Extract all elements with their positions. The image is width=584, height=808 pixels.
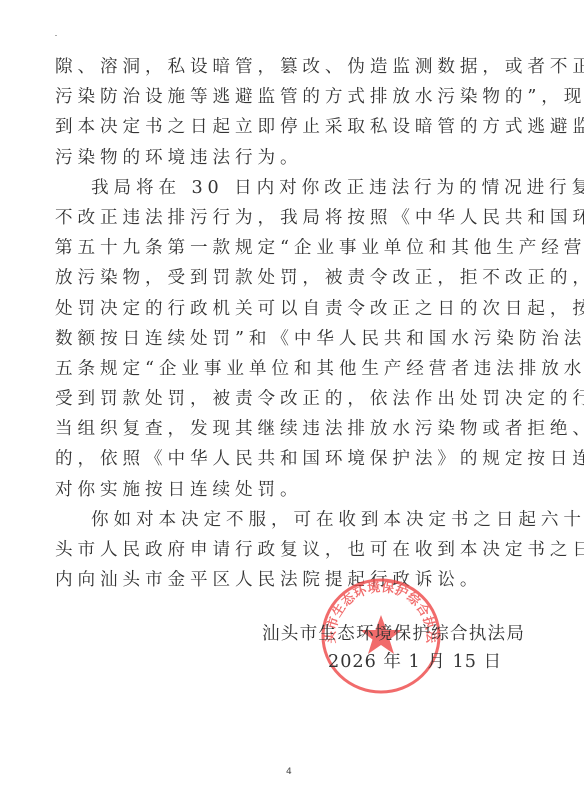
signing-organization: 汕头市生态环境保护综合执法局	[262, 620, 502, 648]
paragraph-start-line: 你如对本决定不服，可在收到本决定书之日起六十日内向汕	[55, 505, 513, 535]
text-line: 处罚决定的行政机关可以自责令改正之日的次日起，按照原处罚	[55, 294, 513, 324]
text-line: 受到罚款处罚，被责令改正的，依法作出处罚决定的行政机关应	[55, 384, 513, 414]
signing-date: 2026 年 1 月 15 日	[262, 648, 502, 676]
text-line: 污染防治设施等逃避监管的方式排放水污染物的”，现责令你接	[55, 82, 513, 112]
text-line: 五条规定“企业事业单位和其他生产经营者违法排放水污染物，	[55, 354, 513, 384]
text-line: 头市人民政府申请行政复议，也可在收到本决定书之日起六个月	[55, 535, 513, 565]
scan-speck	[55, 35, 57, 36]
text-line: 对你实施按日连续处罚。	[55, 475, 513, 505]
paragraph-start-line: 我局将在 30 日内对你改正违法行为的情况进行复查。如你拒	[55, 173, 513, 203]
text-line: 第五十九条第一款规定“企业事业单位和其他生产经营者违法排	[55, 233, 513, 263]
text-line: 隙、溶洞，私设暗管，篡改、伪造监测数据，或者不正常运行水	[55, 52, 513, 82]
page-number: 4	[286, 767, 292, 777]
text-line: 不改正违法排污行为，我局将按照《中华人民共和国环境保护法》	[55, 203, 513, 233]
text-line: 到本决定书之日起立即停止采取私设暗管的方式逃避监管排放水	[55, 112, 513, 142]
text-line: 放污染物，受到罚款处罚，被责令改正，拒不改正的，依法作出	[55, 263, 513, 293]
text-line: 的，依照《中华人民共和国环境保护法》的规定按日连续处罚”，	[55, 444, 513, 474]
text-line: 数额按日连续处罚”和《中华人民共和国水污染防治法》第九十	[55, 324, 513, 354]
text-line: 当组织复查，发现其继续违法排放水污染物或者拒绝、阻挠复查	[55, 414, 513, 444]
document-page: 隙、溶洞，私设暗管，篡改、伪造监测数据，或者不正常运行水 污染防治设施等逃避监管…	[0, 0, 584, 808]
body-text: 隙、溶洞，私设暗管，篡改、伪造监测数据，或者不正常运行水 污染防治设施等逃避监管…	[55, 52, 513, 595]
signature-block: 汕头市生态环境保护综合执法局 2026 年 1 月 15 日	[262, 620, 502, 676]
text-line: 内向汕头市金平区人民法院提起行政诉讼。	[55, 565, 513, 595]
text-line: 污染物的环境违法行为。	[55, 143, 513, 173]
